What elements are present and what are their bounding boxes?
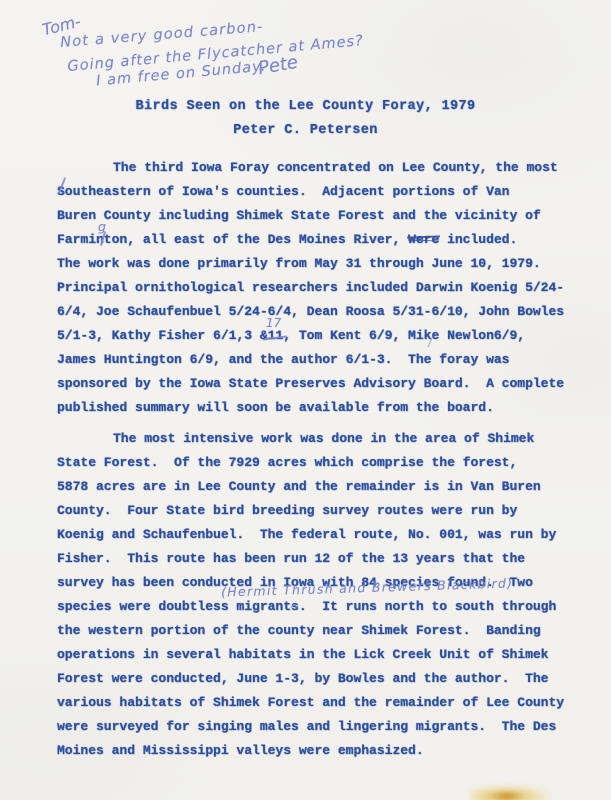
typed-line: Fisher. This route has been run 12 of th… bbox=[57, 549, 577, 573]
typed-line: County. Four State bird breeding survey … bbox=[57, 501, 577, 525]
typed-line: James Huntington 6/9, and the author 6/1… bbox=[57, 350, 577, 374]
highlighter-smudge bbox=[492, 791, 522, 800]
typed-line: published summary will soon be available… bbox=[57, 398, 577, 422]
typed-line: Principal ornithological researchers inc… bbox=[57, 278, 577, 302]
typed-line: Koenig and Schaufenbuel. The federal rou… bbox=[57, 525, 577, 549]
typed-line: sponsored by the Iowa State Preserves Ad… bbox=[57, 374, 577, 398]
typed-line: Farminton, all east of the Des Moines Ri… bbox=[57, 230, 577, 254]
typed-line: The work was done primarily from May 31 … bbox=[57, 254, 577, 278]
author-line: Peter C. Petersen bbox=[0, 123, 611, 138]
page-title: Birds Seen on the Lee County Foray, 1979 bbox=[0, 99, 611, 114]
typed-line: Southeastern of Iowa's counties. Adjacen… bbox=[57, 182, 577, 206]
caret-mark: ^ bbox=[289, 602, 299, 616]
typed-line: The most intensive work was done in the … bbox=[57, 429, 577, 453]
typed-line: Buren County including Shimek State Fore… bbox=[57, 206, 577, 230]
document-page: Tom- Not a very good carbon- Going after… bbox=[0, 0, 611, 800]
typed-line: were surveyed for singing males and ling… bbox=[57, 717, 577, 741]
typed-line: Moines and Mississippi valleys were emph… bbox=[57, 741, 577, 765]
typed-line: various habitats of Shimek Forest and th… bbox=[57, 693, 577, 717]
typed-line: the western portion of the county near S… bbox=[57, 621, 577, 645]
typed-line: 6/4, Joe Schaufenbuel 5/24-6/4, Dean Roo… bbox=[57, 302, 577, 326]
typed-line: operations in several habitats in the Li… bbox=[57, 645, 577, 669]
typed-line: species were doubtless migrants. It runs… bbox=[57, 597, 577, 621]
typed-line: 5878 acres are in Lee County and the rem… bbox=[57, 477, 577, 501]
typed-line: Forest were conducted, June 1-3, by Bowl… bbox=[57, 669, 577, 693]
typed-line: State Forest. Of the 7929 acres which co… bbox=[57, 453, 577, 477]
typed-body: The third Iowa Foray concentrated on Lee… bbox=[57, 158, 577, 765]
handwritten-correction-17: 17 bbox=[266, 316, 281, 330]
typed-line: 5/1-3, Kathy Fisher 6/1,3 &11, Tom Kent … bbox=[57, 326, 577, 350]
typed-line: The third Iowa Foray concentrated on Lee… bbox=[57, 158, 577, 182]
